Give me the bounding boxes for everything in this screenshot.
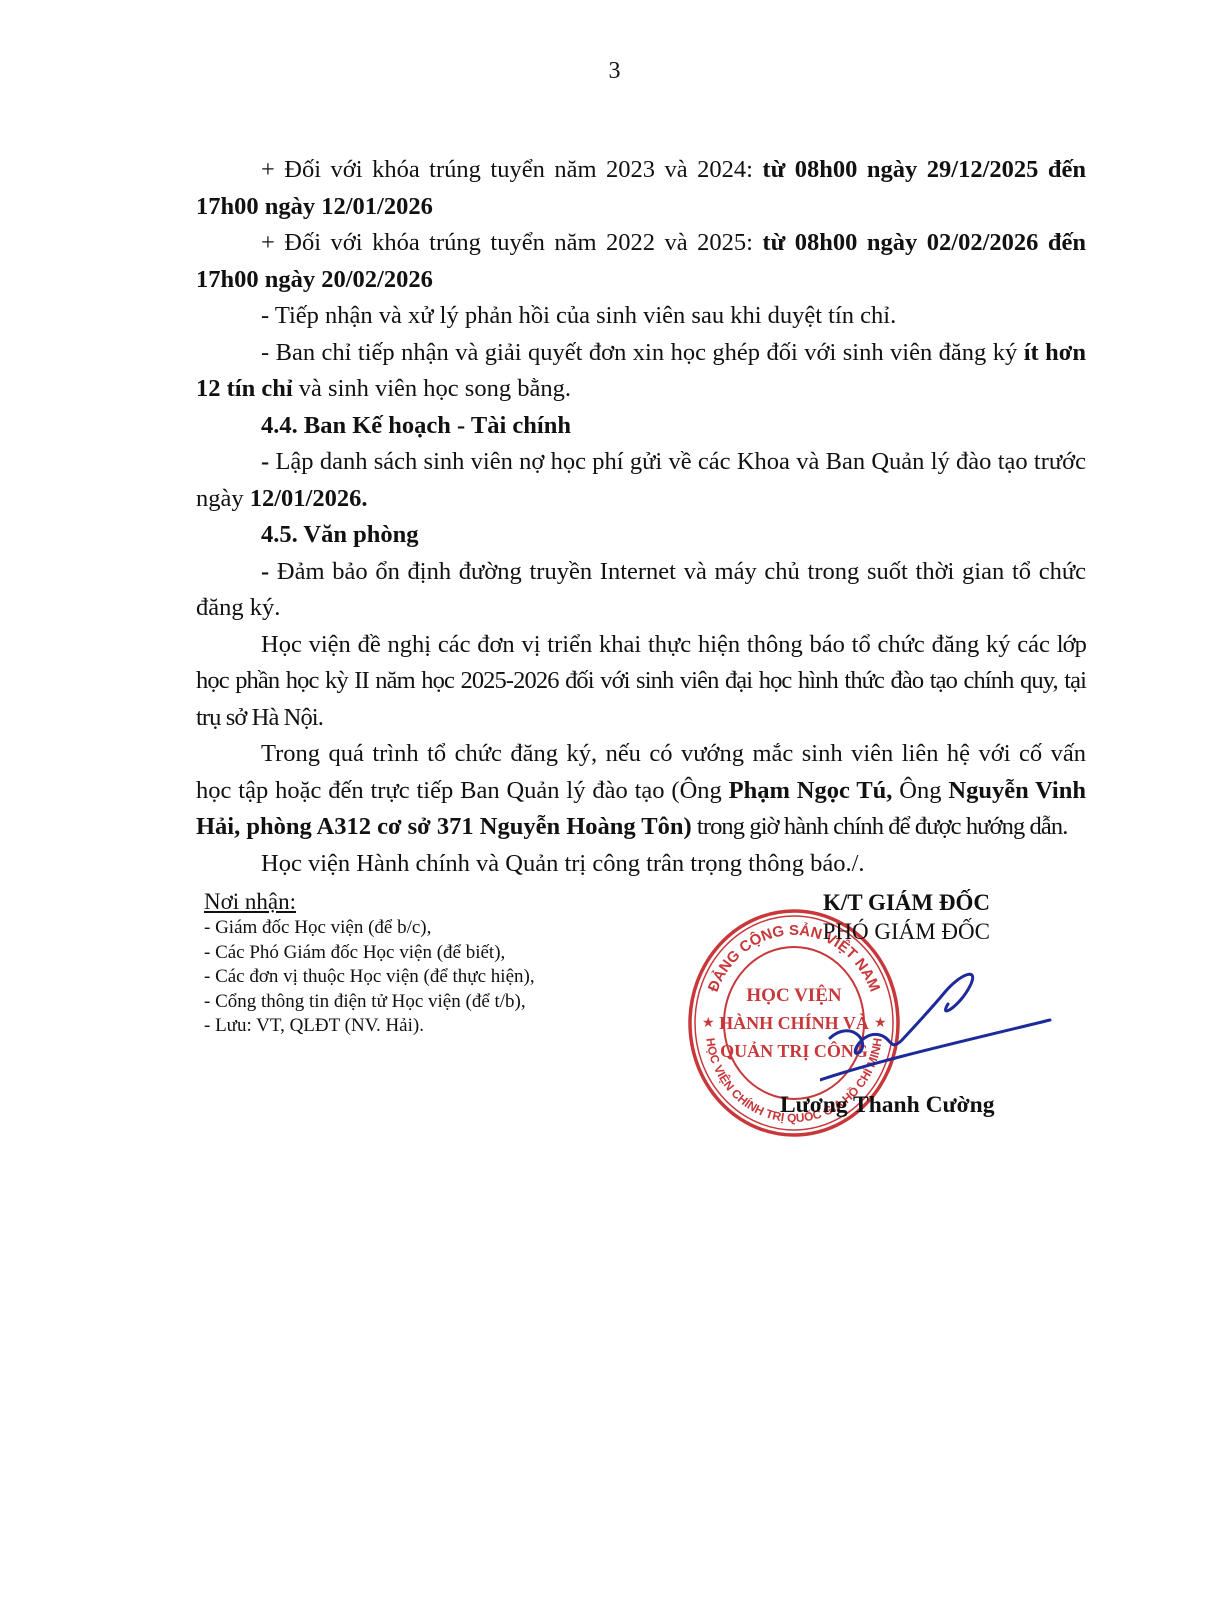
recipient-item: - Lưu: VT, QLĐT (NV. Hải). — [204, 1014, 535, 1039]
recipients-title: Nơi nhận: — [204, 888, 535, 916]
text: Đảm bảo ổn định đường truyền Internet và… — [196, 558, 1086, 622]
recipient-item: - Các đơn vị thuộc Học viện (để thực hiệ… — [204, 965, 535, 990]
paragraph-merge-requests: - Ban chỉ tiếp nhận và giải quyết đơn xi… — [196, 335, 1086, 408]
text: - Ban chỉ tiếp nhận và giải quyết đơn xi… — [261, 339, 1024, 366]
text: + Đối với khóa trúng tuyển năm 2022 và 2… — [261, 229, 762, 256]
paragraph-request: Học viện đề nghị các đơn vị triển khai t… — [196, 627, 1086, 737]
svg-text:★: ★ — [702, 1016, 715, 1031]
signature-title: K/T GIÁM ĐỐC — [700, 888, 990, 917]
recipient-item: - Các Phó Giám đốc Học viện (để biết), — [204, 941, 535, 966]
paragraph-schedule-2023-2024: + Đối với khóa trúng tuyển năm 2023 và 2… — [196, 152, 1086, 225]
paragraph-contact: Trong quá trình tổ chức đăng ký, nếu có … — [196, 736, 1086, 846]
paragraph-tuition-debt: - Lập danh sách sinh viên nợ học phí gửi… — [196, 444, 1086, 517]
signer-name: Lương Thanh Cường — [780, 1092, 994, 1119]
paragraph-schedule-2022-2025: + Đối với khóa trúng tuyển năm 2022 và 2… — [196, 225, 1086, 298]
page-number: 3 — [0, 58, 1229, 85]
signature-position: PHÓ GIÁM ĐỐC — [700, 917, 990, 946]
paragraph-internet: - Đảm bảo ổn định đường truyền Internet … — [196, 554, 1086, 627]
recipients-block: Nơi nhận: - Giám đốc Học viện (để b/c), … — [204, 888, 535, 1039]
handwritten-signature-icon — [820, 960, 1060, 1090]
signature-block: K/T GIÁM ĐỐC PHÓ GIÁM ĐỐC — [700, 888, 990, 946]
text: trong giờ hành chính để được hướng dẫn. — [692, 813, 1068, 840]
dash: - — [261, 558, 269, 585]
heading-4-5: 4.5. Văn phòng — [196, 517, 1086, 554]
document-body: + Đối với khóa trúng tuyển năm 2023 và 2… — [196, 152, 1086, 882]
dash: - — [261, 448, 269, 475]
contact-name: Phạm Ngọc Tú, — [729, 777, 893, 804]
text: Ông — [892, 777, 948, 804]
paragraph-feedback: - Tiếp nhận và xử lý phản hồi của sinh v… — [196, 298, 1086, 335]
heading-4-4: 4.4. Ban Kế hoạch - Tài chính — [196, 408, 1086, 445]
recipient-item: - Cổng thông tin điện tử Học viện (để t/… — [204, 990, 535, 1015]
deadline: 12/01/2026. — [250, 485, 368, 512]
paragraph-closing: Học viện Hành chính và Quản trị công trâ… — [196, 846, 1086, 883]
recipient-item: - Giám đốc Học viện (để b/c), — [204, 916, 535, 941]
text: và sinh viên học song bằng. — [293, 375, 571, 402]
text: + Đối với khóa trúng tuyển năm 2023 và 2… — [261, 156, 762, 183]
text: Học viện đề nghị các đơn vị triển khai t… — [261, 631, 1050, 658]
